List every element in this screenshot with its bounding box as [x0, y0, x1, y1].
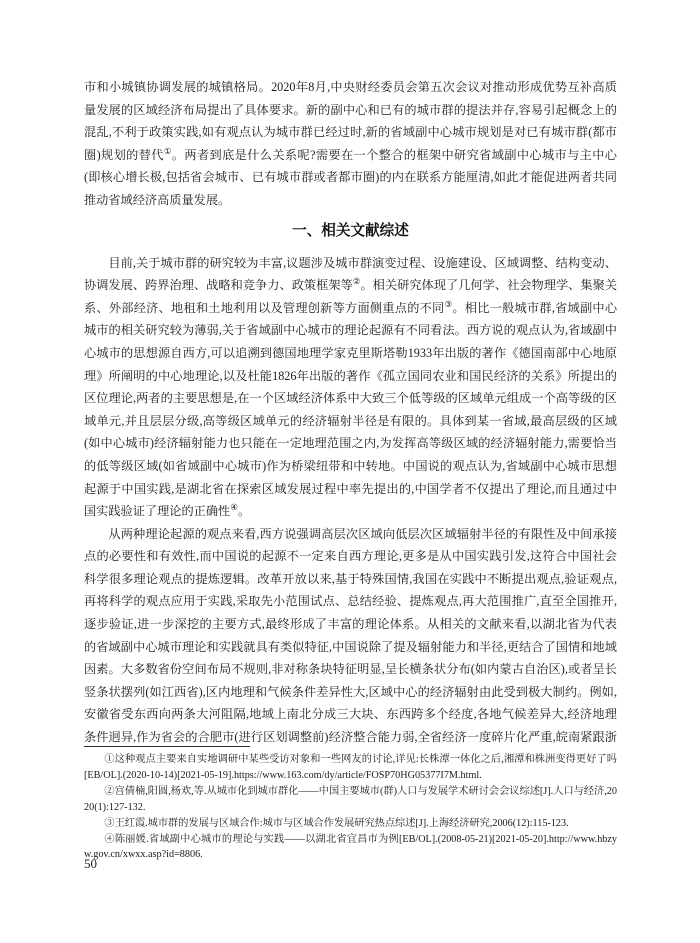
article-body: 市和小城镇协调发展的城镇格局。2020年8月,中央财经委员会第五次会议对推动形成… [84, 76, 617, 748]
footnote-4: ④陈丽媛.省域副中心城市的理论与实践——以湖北省宜昌市为例[EB/OL].(20… [84, 832, 617, 864]
footnote-3: ③王红霞.城市群的发展与区域合作:城市与区域合作发展研究热点综述[J].上海经济… [84, 816, 617, 832]
paragraph-literature-review: 目前,关于城市群的研究较为丰富,议题涉及城市群演变过程、设施建设、区域调整、结构… [84, 252, 617, 523]
paragraph-continuation: 市和小城镇协调发展的城镇格局。2020年8月,中央财经委员会第五次会议对推动形成… [84, 76, 617, 212]
page-number: 50 [84, 856, 97, 872]
literature-seg-4: 。 [238, 504, 250, 518]
footnotes-section: ①这种观点主要来自实地调研中某些受访对象和一些网友的讨论,详见:长株潭一体化之后… [84, 746, 617, 863]
footnote-marker-4: ④ [230, 502, 238, 512]
section-heading: 一、相关文献综述 [84, 221, 617, 241]
footnote-marker-1: ① [164, 146, 172, 156]
journal-page: 市和小城镇协调发展的城镇格局。2020年8月,中央财经委员会第五次会议对推动形成… [0, 0, 700, 943]
literature-seg-3: 。相比一般城市群,省域副中心城市的相关研究较为薄弱,关于省域副中心城市的理论起源… [84, 301, 617, 518]
footnote-divider [84, 746, 250, 747]
footnote-2: ②宫倩楠,阳圆,杨欢,等.从城市化到城市群化——中国主要城市(群)人口与发展学术… [84, 784, 617, 816]
footnote-1: ①这种观点主要来自实地调研中某些受访对象和一些网友的讨论,详见:长株潭一体化之后… [84, 752, 617, 784]
paragraph-theory-origin: 从两种理论起源的观点来看,西方说强调高层次区域向低层次区域辐射半径的有限性及中间… [84, 523, 617, 748]
